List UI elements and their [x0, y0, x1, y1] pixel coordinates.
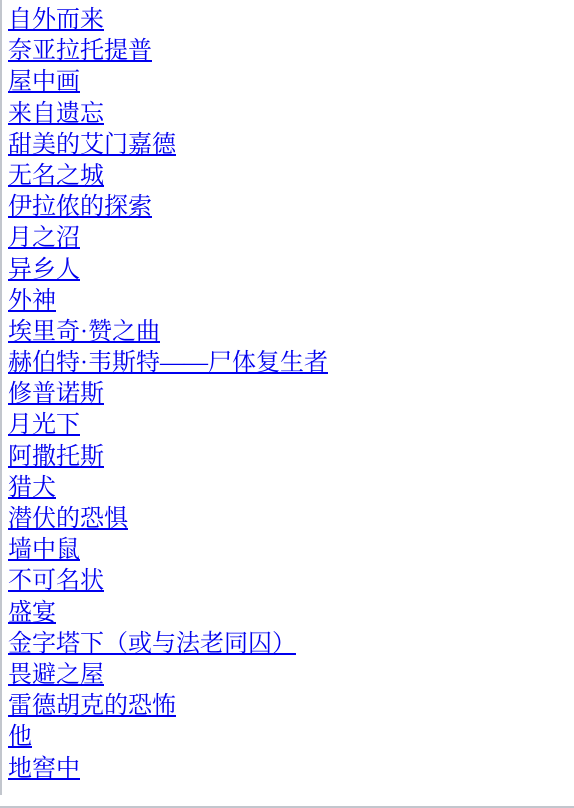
- list-item: 地窖中: [8, 754, 328, 785]
- story-link[interactable]: 无名之城: [8, 163, 104, 189]
- list-item: 来自遗忘: [8, 99, 328, 130]
- story-link[interactable]: 屋中画: [8, 69, 80, 95]
- list-item: 畏避之屋: [8, 660, 328, 691]
- story-link[interactable]: 猎犬: [8, 475, 56, 501]
- story-link-list: 自外而来 奈亚拉托提普 屋中画 来自遗忘 甜美的艾门嘉德 无名之城 伊拉侬的探索…: [8, 5, 328, 785]
- list-item: 修普诺斯: [8, 379, 328, 410]
- list-item: 盛宴: [8, 598, 328, 629]
- list-item: 墙中鼠: [8, 535, 328, 566]
- frame-border-left: [0, 0, 2, 795]
- story-link[interactable]: 来自遗忘: [8, 101, 104, 127]
- list-item: 金字塔下（或与法老同囚）: [8, 629, 328, 660]
- list-item: 猎犬: [8, 473, 328, 504]
- list-item: 伊拉侬的探索: [8, 192, 328, 223]
- story-link[interactable]: 墙中鼠: [8, 537, 80, 563]
- list-item: 月之沼: [8, 223, 328, 254]
- story-link[interactable]: 异乡人: [8, 257, 80, 283]
- list-item: 无名之城: [8, 161, 328, 192]
- story-link[interactable]: 奈亚拉托提普: [8, 38, 152, 64]
- list-item: 不可名状: [8, 566, 328, 597]
- story-link[interactable]: 盛宴: [8, 600, 56, 626]
- story-link[interactable]: 畏避之屋: [8, 662, 104, 688]
- story-link[interactable]: 赫伯特·韦斯特——尸体复生者: [8, 350, 328, 376]
- list-item: 甜美的艾门嘉德: [8, 130, 328, 161]
- list-item: 屋中画: [8, 67, 328, 98]
- story-link[interactable]: 地窖中: [8, 756, 80, 782]
- story-link[interactable]: 自外而来: [8, 7, 104, 33]
- list-item: 阿撒托斯: [8, 442, 328, 473]
- story-link[interactable]: 伊拉侬的探索: [8, 194, 152, 220]
- story-link[interactable]: 不可名状: [8, 568, 104, 594]
- list-item: 自外而来: [8, 5, 328, 36]
- list-item: 他: [8, 722, 328, 753]
- story-link[interactable]: 阿撒托斯: [8, 444, 104, 470]
- list-item: 雷德胡克的恐怖: [8, 691, 328, 722]
- story-link[interactable]: 雷德胡克的恐怖: [8, 693, 176, 719]
- story-link[interactable]: 月光下: [8, 412, 80, 438]
- story-link[interactable]: 金字塔下（或与法老同囚）: [8, 631, 296, 657]
- list-item: 埃里奇·赞之曲: [8, 317, 328, 348]
- story-link[interactable]: 埃里奇·赞之曲: [8, 319, 160, 345]
- story-link[interactable]: 月之沼: [8, 225, 80, 251]
- story-link[interactable]: 他: [8, 724, 32, 750]
- story-link[interactable]: 潜伏的恐惧: [8, 506, 128, 532]
- list-item: 潜伏的恐惧: [8, 504, 328, 535]
- list-item: 赫伯特·韦斯特——尸体复生者: [8, 348, 328, 379]
- list-item: 月光下: [8, 410, 328, 441]
- list-item: 外神: [8, 286, 328, 317]
- list-item: 奈亚拉托提普: [8, 36, 328, 67]
- story-link[interactable]: 修普诺斯: [8, 381, 104, 407]
- list-item: 异乡人: [8, 255, 328, 286]
- story-link[interactable]: 甜美的艾门嘉德: [8, 132, 176, 158]
- story-link[interactable]: 外神: [8, 288, 56, 314]
